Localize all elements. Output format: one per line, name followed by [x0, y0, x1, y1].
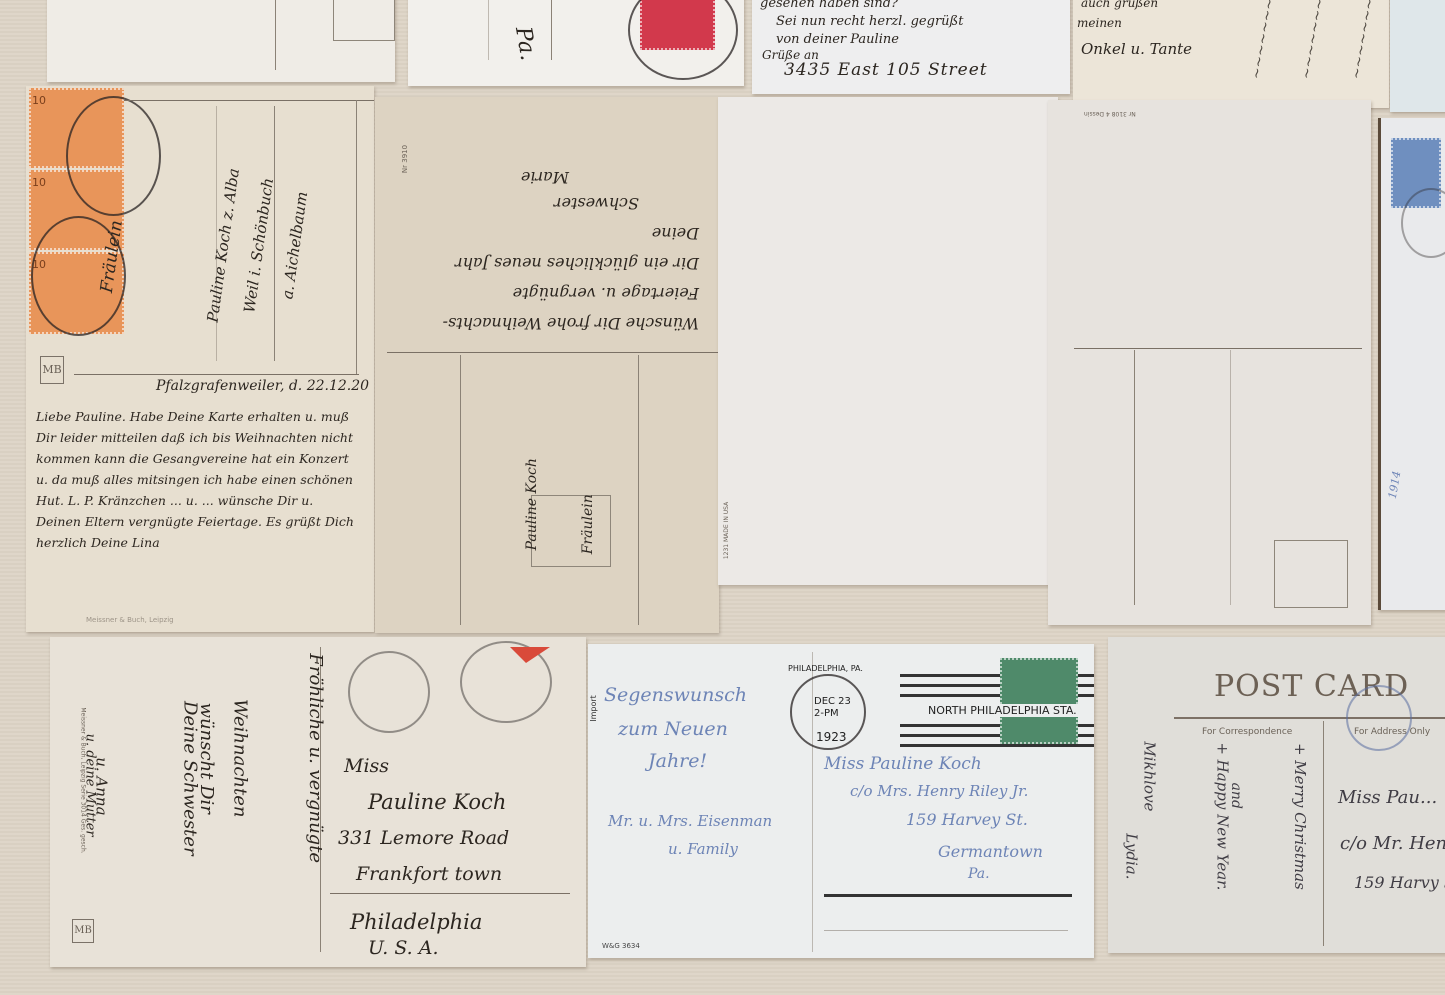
address-line-text: Pa. [968, 866, 990, 884]
address-line-text: Pauline Koch [524, 458, 542, 550]
message-line: Wünsche Dir frohe Weihnachts- [443, 313, 699, 333]
postcard-philadelphia-1923: Import PHILADELPHIA, PA. DEC 23 2-PM 192… [588, 644, 1094, 958]
postcard-top-handwritten: gesehen haben sind? Sei nun recht herzl.… [752, 0, 1070, 94]
address-rule [330, 893, 570, 894]
address-line-text: a. Aichelbaum [278, 190, 312, 300]
message-line: Feiertage u. vergnügte [513, 283, 699, 303]
address-line [638, 355, 639, 625]
message-line: Segenswunsch [604, 684, 747, 708]
address-rule [824, 894, 1072, 897]
postcard-german-stamped: 10 10 10 Fräulein Pauline Koch z. Alba W… [26, 86, 374, 632]
message-divider [74, 374, 359, 375]
stamp-box [1274, 540, 1348, 608]
message-line: Schwester [554, 193, 639, 213]
postcard-right-edge-blue: 1914 [1378, 118, 1445, 610]
vertical-writing: ~~~~~~~ [1248, 0, 1279, 81]
address-line [551, 0, 552, 60]
message-line: + Happy New Year. [1213, 742, 1232, 890]
publisher-code: Nr 3910 [401, 145, 409, 173]
vertical-writing: ~~~~~~~ [1298, 0, 1329, 81]
stamp-box [531, 495, 611, 567]
postcard-blank-2: Nr 3108 4 Dessin [1048, 100, 1371, 625]
correspondence-label: For Correspondence [1202, 727, 1292, 737]
message-line: Marie [521, 167, 569, 187]
stamp-value: 10 [32, 176, 46, 189]
message-line: Mikhlove [1140, 741, 1159, 811]
publisher-code: W&G 3634 [602, 942, 640, 950]
postcard-top-blue-edge [1390, 0, 1445, 112]
message-line: Deine Schwester [178, 701, 201, 856]
address-line-text: Weil i. Schönbuch [240, 177, 278, 314]
green-washington-stamp [1000, 658, 1078, 744]
handwritten-line: von deiner Pauline [776, 32, 899, 48]
cancel-text: NORTH PHILADELPHIA STA. [926, 704, 1079, 717]
address-line-text: c/o Mrs. Henry Riley Jr. [850, 782, 1028, 801]
top-divider [124, 100, 374, 101]
postcard-top-red-stamp: Pa. [408, 0, 744, 86]
address-line-text: Pauline Koch z. Alba [204, 167, 244, 323]
postcard-mb-greeting: Fröhliche u. vergnügte Weihnachten wünsc… [50, 637, 586, 967]
address-line-text: Pauline Koch [368, 789, 506, 815]
handwritten-line: meinen [1077, 16, 1122, 31]
message-line: Deine [652, 223, 699, 243]
blank-card-imprint: 1231 MADE IN USA [723, 502, 730, 559]
postmark-date: DEC 23 [814, 696, 851, 707]
handwritten-line: Onkel u. Tante [1081, 40, 1192, 59]
address-line-text: c/o Mr. Hen... [1340, 833, 1445, 856]
address-line-text: Frankfort town [356, 863, 502, 887]
publisher-imprint: Meissner & Buch, Leipzig [86, 616, 174, 624]
stamp-box [333, 0, 395, 41]
address-line-text: 159 Harvy St... [1354, 873, 1445, 893]
address-line-text: U. S. A. [368, 937, 439, 961]
address-line-text: Philadelphia [350, 909, 482, 935]
address-text: Pa. [508, 25, 541, 63]
message-line: u. Family [668, 840, 738, 859]
postmark-oval [66, 96, 161, 216]
address-line-text: Fräulein [580, 494, 598, 554]
message-line: zum Neuen [618, 718, 728, 742]
message-line: Mr. u. Mrs. Eisenman [608, 812, 772, 831]
message-body: Liebe Pauline. Habe Deine Karte erhalten… [36, 406, 361, 553]
address-line-text: Germantown [938, 842, 1043, 862]
message-line: Fröhliche u. vergnügte [304, 653, 327, 863]
address-line [356, 100, 357, 375]
postcard-top-blank [47, 0, 395, 82]
postmark-circle [1346, 685, 1412, 751]
postmark-circle [628, 0, 738, 80]
handwritten-line: gesehen haben sind? [760, 0, 898, 12]
postmark-time: 2-PM [814, 708, 839, 719]
postcard-blank-1: 1231 MADE IN USA [718, 97, 1058, 585]
vertical-writing: ~~~~~~~ [1348, 0, 1379, 81]
address-line-text: Miss Pau... [1338, 787, 1437, 810]
stamp-value: 10 [32, 94, 46, 107]
address-line [488, 0, 489, 60]
blank-card-imprint: Nr 3108 4 Dessin [1084, 110, 1136, 117]
postmark-circle [348, 651, 430, 733]
handwritten-line: auch grüßen [1081, 0, 1158, 11]
address-line [274, 106, 275, 361]
message-line: Dir ein glückliches neues Jahr [455, 253, 699, 273]
address-line-text: 159 Harvey St. [906, 810, 1028, 830]
message-line: Weihnachten [228, 699, 251, 818]
divider-line [275, 0, 276, 70]
address-line-text: Miss Pauline Koch [824, 754, 982, 775]
postmark-year: 1923 [816, 730, 847, 744]
postcard-post-card: POST CARD For Correspondence For Address… [1108, 637, 1445, 953]
message-divider [387, 352, 719, 353]
address-line [1230, 350, 1231, 605]
import-label: Import [589, 695, 598, 722]
mb-publisher-logo: MB [40, 356, 64, 384]
address-line-text: 331 Lemore Road [338, 827, 509, 851]
mb-publisher-logo: MB [72, 919, 94, 943]
cancel-bar [900, 744, 1094, 747]
handwritten-date: 1914 [1386, 470, 1404, 500]
handwritten-line: Sei nun recht herzl. gegrüßt [776, 14, 963, 30]
center-divider [1323, 721, 1324, 946]
address-line [460, 355, 461, 625]
message-line: Lydia. [1122, 833, 1141, 879]
message-header: Pfalzgrafenweiler, d. 22.12.20 [156, 378, 369, 396]
publisher-imprint: Meissner & Buch, Leipzig Serie 3014 Ges.… [80, 707, 87, 853]
postcard-upside-down: Wünsche Dir frohe Weihnachts- Feiertage … [375, 97, 719, 633]
address-rule [824, 930, 1068, 931]
message-line: Jahre! [648, 750, 707, 774]
message-divider [1074, 348, 1362, 349]
message-line: + Merry Christmas [1290, 743, 1309, 890]
address-line-text: Miss [344, 755, 389, 779]
postcard-top-vertical-writing: auch grüßen meinen Onkel u. Tante ~~~~~~… [1073, 0, 1389, 108]
postmark-city: PHILADELPHIA, PA. [788, 664, 863, 673]
address-line [1134, 350, 1135, 605]
handwritten-address: 3435 East 105 Street [784, 60, 988, 81]
